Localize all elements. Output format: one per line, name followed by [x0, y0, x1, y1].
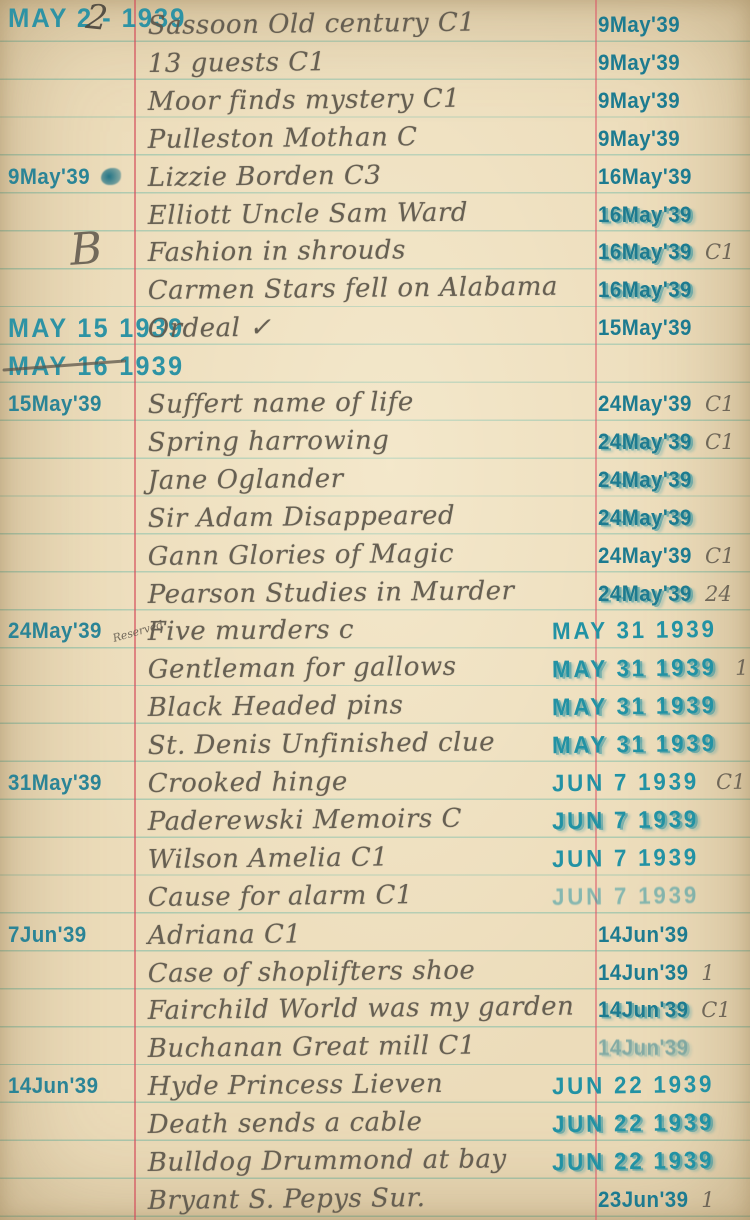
ledger-row: Black Headed pinsMAY 31 1939 — [0, 688, 750, 726]
pencil-copy-mark: C1 — [705, 392, 734, 416]
pencil-copy-mark: C1 — [705, 430, 734, 454]
return-date-stamp: 24May'39 — [598, 543, 692, 569]
book-title: Wilson Amelia C1 — [148, 837, 389, 878]
return-date-stamp: 24May'39 — [598, 467, 692, 493]
right-zone: MAY 31 1939 — [552, 725, 730, 765]
pencil-note: B — [7, 230, 104, 274]
ledger-row: Pearson Studies in Murder24May'3924 — [0, 575, 750, 613]
book-title: St. Denis Unfinished clue — [148, 722, 496, 764]
right-zone: JUN 7 1939 — [552, 877, 711, 917]
ledger-row: BFashion in shrouds16May'39C1 — [0, 233, 750, 271]
pencil-copy-mark: C1 — [705, 544, 734, 568]
ledger-row: Case of shoplifters shoe14Jun'391 — [0, 954, 750, 992]
right-margin-line — [595, 0, 597, 1220]
return-date-stamp: 16May'39 — [598, 277, 692, 303]
book-title: Carmen Stars fell on Alabama — [148, 267, 559, 309]
return-date-stamp: 9May'39 — [598, 50, 680, 76]
return-date-stamp: 24May'39 — [598, 581, 692, 607]
left-zone: 31May'39 — [8, 764, 109, 802]
right-zone: 23Jun'391 — [598, 1181, 715, 1219]
return-date-stamp: JUN 7 1939 — [552, 768, 699, 798]
book-title: Ordeal ✓ — [148, 308, 272, 347]
book-title: Lizzie Borden C3 — [148, 155, 382, 195]
right-zone: 24May'39C1 — [598, 423, 734, 461]
return-date-stamp: JUN 22 1939 — [552, 1147, 715, 1177]
right-zone: 24May'3924 — [598, 575, 732, 613]
ledger-row: 31May'39Crooked hingeJUN 7 1939C1 — [0, 764, 750, 802]
right-zone: 24May'39 — [598, 499, 699, 537]
return-date-stamp: MAY 31 1939 — [552, 654, 717, 684]
return-date-stamp: MAY 31 1939 — [552, 616, 717, 646]
book-title: Case of shoplifters shoe — [148, 950, 476, 991]
right-zone: MAY 31 19391 — [552, 649, 749, 690]
book-title: Gann Glories of Magic — [148, 533, 455, 574]
left-zone: 7Jun'39 — [8, 916, 93, 954]
right-zone: JUN 22 1939 — [552, 1104, 727, 1144]
right-zone: MAY 31 1939 — [552, 687, 730, 727]
pencil-copy-mark: 1 — [701, 961, 714, 985]
book-title: Elliott Uncle Sam Ward — [148, 192, 469, 233]
left-zone: 9May'39 — [8, 158, 121, 196]
book-title: Spring harrowing — [148, 420, 390, 461]
right-zone: JUN 22 1939 — [552, 1066, 727, 1106]
pencil-copy-mark: C1 — [705, 240, 734, 264]
ledger-row: Buchanan Great mill C114Jun'39 — [0, 1029, 750, 1067]
return-date-stamp: 15May'39 — [598, 315, 692, 341]
ink-blob — [101, 168, 121, 185]
right-zone: JUN 7 1939 — [552, 839, 711, 879]
ledger-row: Paderewski Memoirs CJUN 7 1939 — [0, 802, 750, 840]
left-date-stamp: 31May'39 — [8, 770, 102, 796]
book-title: Bulldog Drummond at bay — [148, 1139, 507, 1181]
return-date-stamp: JUN 22 1939 — [552, 1071, 715, 1101]
ledger-row: Gentleman for gallowsMAY 31 19391 — [0, 650, 750, 688]
book-title: Fashion in shrouds — [148, 231, 406, 272]
return-date-stamp: JUN 22 1939 — [552, 1109, 715, 1139]
ledger-row: 14Jun'39Hyde Princess LievenJUN 22 1939 — [0, 1067, 750, 1105]
book-title: Pearson Studies in Murder — [148, 571, 515, 613]
book-title: Pulleston Mothan C — [148, 117, 418, 158]
book-title: Fairchild World was my garden — [148, 987, 575, 1029]
left-date-stamp: 15May'39 — [8, 391, 102, 417]
book-title: Cause for alarm C1 — [148, 875, 414, 916]
return-date-stamp: 24May'39 — [598, 505, 692, 531]
book-title: Adriana C1 — [148, 914, 302, 954]
right-zone: 24May'39 — [598, 461, 699, 499]
return-date-stamp: 16May'39 — [598, 239, 692, 265]
return-date-stamp: 9May'39 — [598, 12, 680, 38]
ledger-row: Spring harrowing24May'39C1 — [0, 423, 750, 461]
book-title: Black Headed pins — [148, 686, 404, 727]
ledger-row: Sir Adam Disappeared24May'39 — [0, 499, 750, 537]
book-title: Death sends a cable — [148, 1102, 423, 1143]
ledger-row: MAY 15 1939Ordeal ✓15May'39 — [0, 309, 750, 347]
ledger-row: 15May'39Suffert name of life24May'39C1 — [0, 385, 750, 423]
right-zone: MAY 31 1939 — [552, 611, 730, 651]
right-zone: 24May'39C1 — [598, 385, 734, 423]
return-date-stamp: 14Jun'39 — [598, 960, 688, 986]
left-zone: 24May'39Reserved — [8, 612, 164, 650]
ledger-row: Fairchild World was my garden14Jun'39C1 — [0, 991, 750, 1029]
right-zone: JUN 7 1939C1 — [552, 763, 746, 804]
return-date-stamp: 9May'39 — [598, 88, 680, 114]
left-date-stamp: 24May'39 — [8, 618, 102, 644]
left-zone: MAY 16 1939 — [8, 347, 198, 385]
pencil-copy-mark: 1 — [735, 656, 749, 680]
right-zone: 14Jun'39C1 — [598, 991, 731, 1029]
pencil-copy-mark: C1 — [716, 770, 746, 794]
ledger-row: Gann Glories of Magic24May'39C1 — [0, 537, 750, 575]
book-title: Sassoon Old century C1 — [148, 3, 476, 44]
ledger-page: MAY 2 - 1939 2 Sassoon Old century C19Ma… — [0, 0, 750, 1220]
right-zone: 9May'39 — [598, 6, 686, 44]
ledger-row: 13 guests C19May'39 — [0, 44, 750, 82]
book-title: Sir Adam Disappeared — [148, 495, 456, 536]
left-zone: 14Jun'39 — [8, 1067, 105, 1105]
book-title: Suffert name of life — [148, 382, 414, 423]
ledger-row: 7Jun'39Adriana C114Jun'39 — [0, 916, 750, 954]
ledger-row: Moor finds mystery C19May'39 — [0, 82, 750, 120]
ledger-row: Jane Oglander24May'39 — [0, 461, 750, 499]
ledger-row: MAY 16 1939 — [0, 347, 750, 385]
book-title: Paderewski Memoirs C — [148, 799, 463, 840]
book-title: Moor finds mystery C1 — [148, 79, 461, 120]
book-title: Five murders c — [148, 610, 355, 650]
right-zone: JUN 7 1939 — [552, 801, 711, 841]
return-date-stamp: JUN 7 1939 — [552, 882, 699, 912]
ledger-row: Carmen Stars fell on Alabama16May'39 — [0, 271, 750, 309]
right-zone: 16May'39 — [598, 196, 699, 234]
left-zone: B — [8, 233, 102, 271]
ledger-row: Cause for alarm C1JUN 7 1939 — [0, 878, 750, 916]
ledger-row: 24May'39ReservedFive murders cMAY 31 193… — [0, 612, 750, 650]
right-zone: 16May'39 — [598, 158, 699, 196]
right-zone: 14Jun'39 — [598, 1029, 695, 1067]
ledger-row: Death sends a cableJUN 22 1939 — [0, 1105, 750, 1143]
left-date-stamp: MAY 16 1939 — [8, 351, 184, 382]
ledger-row: Bryant S. Pepys Sur.23Jun'391 — [0, 1181, 750, 1219]
book-title: 13 guests C1 — [148, 42, 326, 82]
pencil-overlay: 2 — [84, 0, 110, 39]
book-title: Jane Oglander — [148, 459, 344, 499]
left-date-stamp: 7Jun'39 — [8, 922, 87, 948]
book-title: Hyde Princess Lieven — [148, 1064, 444, 1105]
book-title: Gentleman for gallows — [148, 647, 457, 688]
right-zone: 16May'39 — [598, 271, 699, 309]
ledger-row: Bulldog Drummond at bayJUN 22 1939 — [0, 1143, 750, 1181]
book-title: Buchanan Great mill C1 — [148, 1026, 476, 1067]
ledger-row: 9May'39Lizzie Borden C316May'39 — [0, 158, 750, 196]
right-zone: 9May'39 — [598, 120, 686, 158]
left-margin-line — [134, 0, 136, 1220]
return-date-stamp: 14Jun'39 — [598, 922, 688, 948]
return-date-stamp: MAY 31 1939 — [552, 692, 717, 722]
book-title: Crooked hinge — [148, 762, 348, 802]
right-zone: 9May'39 — [598, 44, 686, 82]
return-date-stamp: 16May'39 — [598, 202, 692, 228]
return-date-stamp: JUN 7 1939 — [552, 806, 699, 836]
left-date-stamp: 14Jun'39 — [8, 1073, 98, 1099]
ledger-row: St. Denis Unfinished clueMAY 31 1939 — [0, 726, 750, 764]
pencil-copy-mark: C1 — [701, 998, 730, 1022]
right-zone: JUN 22 1939 — [552, 1142, 727, 1182]
ledger-row: Elliott Uncle Sam Ward16May'39 — [0, 196, 750, 234]
right-zone: 9May'39 — [598, 82, 686, 120]
return-date-stamp: 14Jun'39 — [598, 1035, 688, 1061]
right-zone: 24May'39C1 — [598, 537, 734, 575]
left-zone: 15May'39 — [8, 385, 109, 423]
left-date-stamp: 9May'39 — [8, 164, 90, 190]
right-zone: 15May'39 — [598, 309, 699, 347]
right-zone: 16May'39C1 — [598, 233, 734, 271]
return-date-stamp: 14Jun'39 — [598, 997, 688, 1023]
book-title: Bryant S. Pepys Sur. — [148, 1178, 426, 1219]
return-date-stamp: 9May'39 — [598, 126, 680, 152]
right-zone: 14Jun'39 — [598, 916, 695, 954]
return-date-stamp: JUN 7 1939 — [552, 844, 699, 874]
return-date-stamp: MAY 31 1939 — [552, 730, 717, 760]
right-zone: 14Jun'391 — [598, 954, 715, 992]
return-date-stamp: 23Jun'39 — [598, 1187, 688, 1213]
pencil-copy-mark: 1 — [701, 1188, 714, 1212]
ledger-row: Wilson Amelia C1JUN 7 1939 — [0, 840, 750, 878]
pencil-copy-mark: 24 — [705, 582, 732, 606]
return-date-stamp: 24May'39 — [598, 429, 692, 455]
return-date-stamp: 24May'39 — [598, 391, 692, 417]
ledger-row: Pulleston Mothan C9May'39 — [0, 120, 750, 158]
return-date-stamp: 16May'39 — [598, 164, 692, 190]
